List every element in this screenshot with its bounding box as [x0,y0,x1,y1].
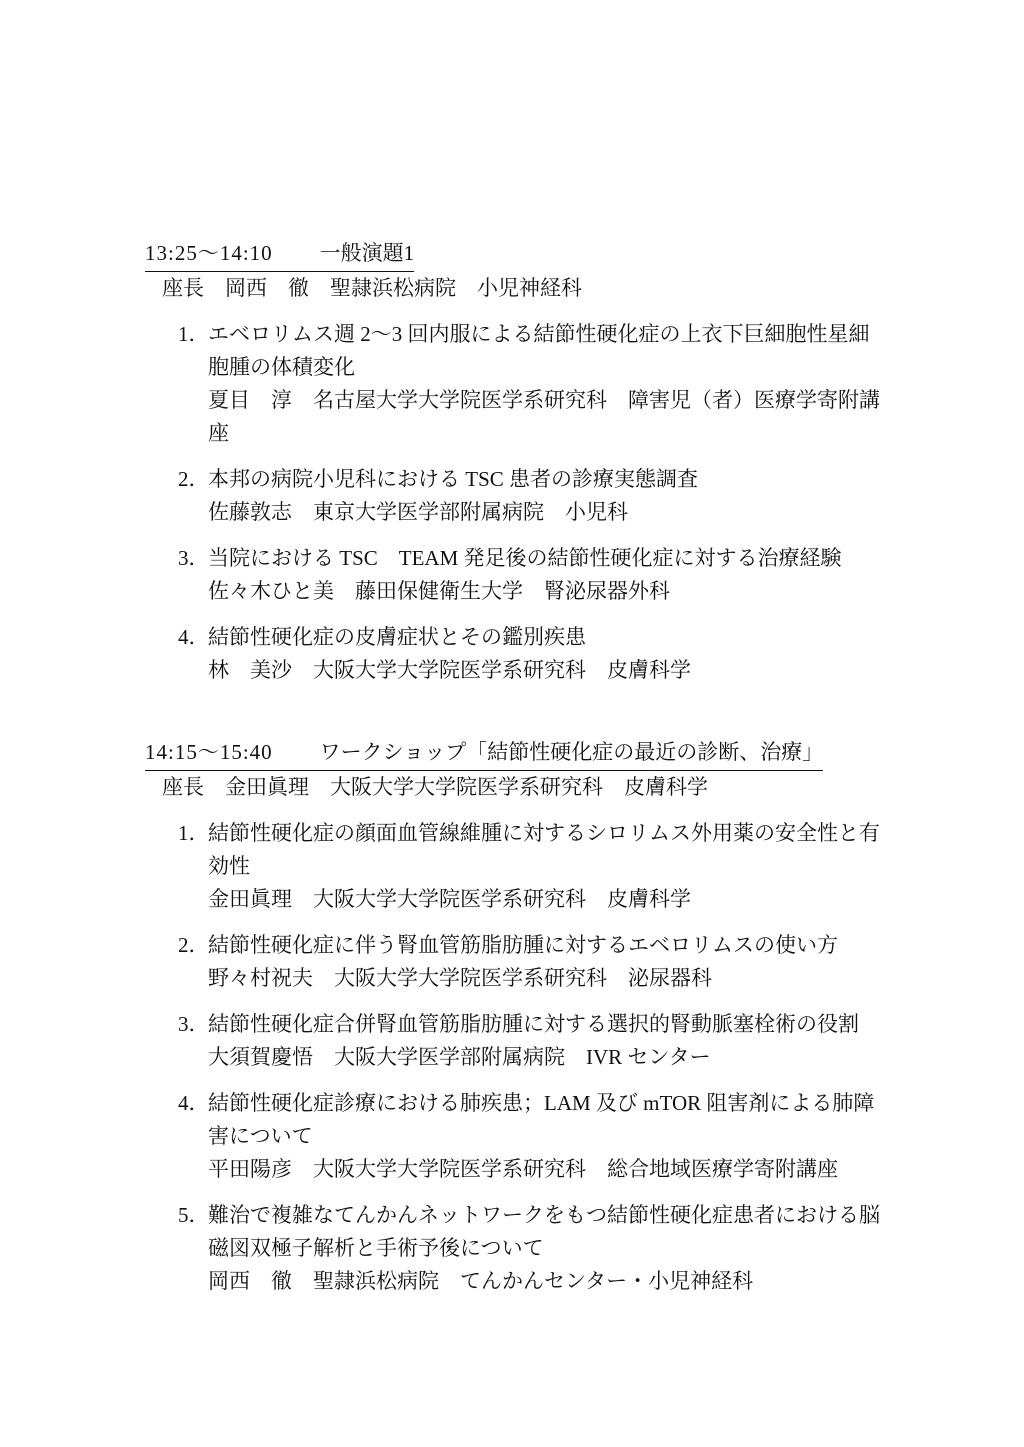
item-title: 難治で複雑なてんかんネットワークをもつ結節性硬化症患者における脳磁図双極子解析と… [208,1199,882,1265]
item-presenter: 大須賀慶悟 大阪大学医学部附属病院 IVR センター [208,1041,882,1074]
item-title: 結節性硬化症合併腎血管筋脂肪腫に対する選択的腎動脈塞栓術の役割 [208,1008,882,1041]
document-page: 13:25～14:10一般演題1 座長 岡西 徹 聖隷浜松病院 小児神経科 1．… [145,237,882,1298]
session-header: 13:25～14:10一般演題1 [145,237,882,272]
item-number: 4． [178,1087,208,1186]
item-title: エベロリムス週 2～3 回内服による結節性硬化症の上衣下巨細胞性星細胞腫の体積変… [208,318,882,384]
item-body: 結節性硬化症の皮膚症状とその鑑別疾患 林 美沙 大阪大学大学院医学系研究科 皮膚… [208,621,882,687]
item-presenter: 野々村祝夫 大阪大学大学院医学系研究科 泌尿器科 [208,962,882,995]
session-header-underline: 13:25～14:10一般演題1 [145,237,414,272]
presentation-item: 5． 難治で複雑なてんかんネットワークをもつ結節性硬化症患者における脳磁図双極子… [178,1199,882,1298]
session-time: 14:15～15:40 [145,736,273,769]
item-title: 当院における TSC TEAM 発足後の結節性硬化症に対する治療経験 [208,542,882,575]
item-presenter: 林 美沙 大阪大学大学院医学系研究科 皮膚科学 [208,654,882,687]
item-body: 結節性硬化症に伴う腎血管筋脂肪腫に対するエベロリムスの使い方 野々村祝夫 大阪大… [208,929,882,995]
item-body: 本邦の病院小児科における TSC 患者の診療実態調査 佐藤敦志 東京大学医学部附… [208,463,882,529]
session-title: 一般演題1 [320,241,415,265]
item-body: 結節性硬化症の顔面血管線維腫に対するシロリムス外用薬の安全性と有効性 金田眞理 … [208,817,882,916]
item-presenter: 平田陽彦 大阪大学大学院医学系研究科 総合地域医療学寄附講座 [208,1153,882,1186]
item-number: 2． [178,929,208,995]
item-presenter: 岡西 徹 聖隷浜松病院 てんかんセンター・小児神経科 [208,1265,882,1298]
presentation-item: 4． 結節性硬化症診療における肺疾患；LAM 及び mTOR 阻害剤による肺障害… [178,1087,882,1186]
item-body: 難治で複雑なてんかんネットワークをもつ結節性硬化症患者における脳磁図双極子解析と… [208,1199,882,1298]
item-presenter: 佐藤敦志 東京大学医学部附属病院 小児科 [208,496,882,529]
session-time: 13:25～14:10 [145,237,273,270]
presentation-item: 2． 結節性硬化症に伴う腎血管筋脂肪腫に対するエベロリムスの使い方 野々村祝夫 … [178,929,882,995]
session-workshop: 14:15～15:40ワークショップ「結節性硬化症の最近の診断、治療」 座長 金… [145,736,882,1298]
session-chair: 座長 岡西 徹 聖隷浜松病院 小児神経科 [162,272,882,305]
presentation-item: 3． 当院における TSC TEAM 発足後の結節性硬化症に対する治療経験 佐々… [178,542,882,608]
item-presenter: 夏目 淳 名古屋大学大学院医学系研究科 障害児（者）医療学寄附講座 [208,384,882,450]
item-title: 結節性硬化症の顔面血管線維腫に対するシロリムス外用薬の安全性と有効性 [208,817,882,883]
session-chair: 座長 金田眞理 大阪大学大学院医学系研究科 皮膚科学 [162,771,882,804]
item-number: 5． [178,1199,208,1298]
item-body: 当院における TSC TEAM 発足後の結節性硬化症に対する治療経験 佐々木ひと… [208,542,882,608]
presentation-item: 4． 結節性硬化症の皮膚症状とその鑑別疾患 林 美沙 大阪大学大学院医学系研究科… [178,621,882,687]
item-body: エベロリムス週 2～3 回内服による結節性硬化症の上衣下巨細胞性星細胞腫の体積変… [208,318,882,450]
session-title: ワークショップ「結節性硬化症の最近の診断、治療」 [320,740,824,764]
item-presenter: 佐々木ひと美 藤田保健衛生大学 腎泌尿器外科 [208,575,882,608]
item-presenter: 金田眞理 大阪大学大学院医学系研究科 皮膚科学 [208,883,882,916]
item-number: 2． [178,463,208,529]
item-title: 結節性硬化症診療における肺疾患；LAM 及び mTOR 阻害剤による肺障害につい… [208,1087,882,1153]
session-header: 14:15～15:40ワークショップ「結節性硬化症の最近の診断、治療」 [145,736,882,771]
item-number: 1． [178,817,208,916]
item-number: 3． [178,542,208,608]
item-body: 結節性硬化症合併腎血管筋脂肪腫に対する選択的腎動脈塞栓術の役割 大須賀慶悟 大阪… [208,1008,882,1074]
item-title: 結節性硬化症の皮膚症状とその鑑別疾患 [208,621,882,654]
item-number: 3． [178,1008,208,1074]
presentation-item: 3． 結節性硬化症合併腎血管筋脂肪腫に対する選択的腎動脈塞栓術の役割 大須賀慶悟… [178,1008,882,1074]
session-header-underline: 14:15～15:40ワークショップ「結節性硬化症の最近の診断、治療」 [145,736,823,771]
item-title: 結節性硬化症に伴う腎血管筋脂肪腫に対するエベロリムスの使い方 [208,929,882,962]
presentation-item: 1． 結節性硬化症の顔面血管線維腫に対するシロリムス外用薬の安全性と有効性 金田… [178,817,882,916]
session-general-presentations: 13:25～14:10一般演題1 座長 岡西 徹 聖隷浜松病院 小児神経科 1．… [145,237,882,687]
item-title: 本邦の病院小児科における TSC 患者の診療実態調査 [208,463,882,496]
item-number: 4． [178,621,208,687]
item-body: 結節性硬化症診療における肺疾患；LAM 及び mTOR 阻害剤による肺障害につい… [208,1087,882,1186]
presentation-item: 2． 本邦の病院小児科における TSC 患者の診療実態調査 佐藤敦志 東京大学医… [178,463,882,529]
presentation-item: 1． エベロリムス週 2～3 回内服による結節性硬化症の上衣下巨細胞性星細胞腫の… [178,318,882,450]
item-number: 1． [178,318,208,450]
